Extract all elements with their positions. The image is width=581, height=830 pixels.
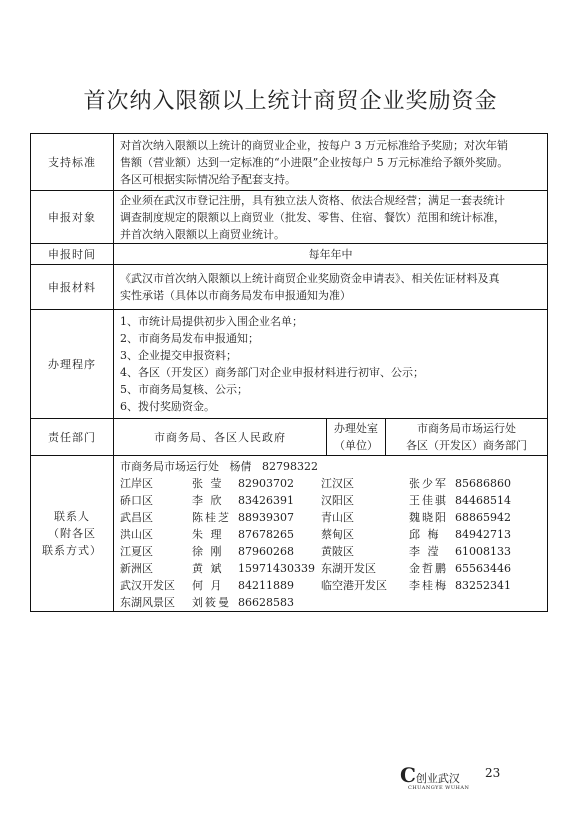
procedure-step: 3、企业提交申报资料； [120, 347, 541, 364]
district: 江岸区 [120, 475, 192, 492]
logo-text: 创业武汉 [416, 772, 460, 785]
contact-phone: 87678265 [238, 526, 321, 543]
department-subtable: 市商务局、各区人民政府 办理处室 （单位） 市商务局市场运行处 各区（开发区）商… [114, 419, 547, 455]
label-applicant: 申报对象 [31, 191, 114, 244]
contact-name: 李 滢 [409, 543, 455, 560]
logo-subtext: CHUANGYE WUHAN [408, 785, 469, 791]
contact-phone: 61008133 [455, 543, 517, 560]
logo-c-mark-icon: C [400, 763, 416, 787]
label-support-standard: 支持标准 [31, 134, 114, 191]
label-contacts: 联系人 （附各区 联系方式） [31, 456, 114, 612]
contact-name: 陈桂芝 [192, 509, 238, 526]
contact-phone: 15971430339 [238, 560, 321, 577]
district: 黄陂区 [321, 543, 409, 560]
contact-name [409, 594, 455, 611]
contact-phone: 86628583 [238, 594, 321, 611]
office-value-line: 市商务局市场运行处 [386, 420, 547, 437]
text-line: 各区可根据实际情况给予配套支持。 [120, 171, 541, 188]
procedure-step: 4、各区（开发区）商务部门对企业申报材料进行初审、公示； [120, 364, 541, 381]
label-line: 联系人 [37, 508, 107, 525]
value-applicant: 企业须在武汉市登记注册，具有独立法人资格、依法合规经营；满足一套表统计 调查制度… [114, 191, 548, 244]
text-line: 实性承诺（具体以市商务局发布申报通知为准） [120, 287, 541, 304]
contact-phone: 83426391 [238, 492, 321, 509]
contact-row: 武昌区 陈桂芝 88939307 青山区 魏晓阳 68865942 [120, 509, 517, 526]
contact-phone: 88939307 [238, 509, 321, 526]
district: 新洲区 [120, 560, 192, 577]
contact-phone: 85686860 [455, 475, 517, 492]
procedure-step: 2、市商务局发布申报通知； [120, 330, 541, 347]
value-procedure: 1、市统计局提供初步入围企业名单； 2、市商务局发布申报通知； 3、企业提交申报… [114, 310, 548, 419]
value-support-standard: 对首次纳入限额以上统计的商贸业企业，按每户 3 万元标准给予奖励；对次年销 售额… [114, 134, 548, 191]
contact-row: 武汉开发区 何 月 84211889 临空港开发区 李桂梅 83252341 [120, 577, 517, 594]
contact-name: 李桂梅 [409, 577, 455, 594]
row-materials: 申报材料 《武汉市首次纳入限额以上统计商贸企业奖励资金申请表》、相关佐证材料及真… [31, 265, 548, 310]
contact-name: 刘筱曼 [192, 594, 238, 611]
district: 临空港开发区 [321, 577, 409, 594]
contact-row: 新洲区 黄 斌 15971430339 东湖开发区 金哲鹏 65563446 [120, 560, 517, 577]
page-number: 23 [485, 766, 500, 780]
contact-phone: 83252341 [455, 577, 517, 594]
office-label-line: （单位） [327, 437, 385, 454]
contact-name: 金哲鹏 [409, 560, 455, 577]
district: 蔡甸区 [321, 526, 409, 543]
contact-phone: 65563446 [455, 560, 517, 577]
contact-phone [455, 594, 517, 611]
contact-name: 李 欣 [192, 492, 238, 509]
contact-row: 江夏区 徐 刚 87960268 黄陂区 李 滢 61008133 [120, 543, 517, 560]
text-line: 调查制度规定的限额以上商贸业（批发、零售、住宿、餐饮）范围和统计标准， [120, 209, 541, 226]
row-applicant: 申报对象 企业须在武汉市登记注册，具有独立法人资格、依法合规经营；满足一套表统计… [31, 191, 548, 244]
brand-logo: C创业武汉 CHUANGYE WUHAN [400, 763, 460, 787]
contact-phone: 84468514 [455, 492, 517, 509]
text-line: 企业须在武汉市登记注册，具有独立法人资格、依法合规经营；满足一套表统计 [120, 192, 541, 209]
office-value: 市商务局市场运行处 各区（开发区）商务部门 [386, 419, 548, 455]
contact-name: 杨倩 [230, 460, 252, 473]
label-department: 责任部门 [31, 419, 114, 456]
row-procedure: 办理程序 1、市统计局提供初步入围企业名单； 2、市商务局发布申报通知； 3、企… [31, 310, 548, 419]
district: 武汉开发区 [120, 577, 192, 594]
contact-phone: 82903702 [238, 475, 321, 492]
district: 武昌区 [120, 509, 192, 526]
district: 青山区 [321, 509, 409, 526]
row-department: 责任部门 市商务局、各区人民政府 办理处室 （单位） 市商务局市场运行处 各区（… [31, 419, 548, 456]
contact-phone: 68865942 [455, 509, 517, 526]
label-procedure: 办理程序 [31, 310, 114, 419]
text-line: 对首次纳入限额以上统计的商贸业企业，按每户 3 万元标准给予奖励；对次年销 [120, 137, 541, 154]
value-application-time: 每年年中 [114, 244, 548, 265]
district: 江汉区 [321, 475, 409, 492]
contacts-header: 市商务局市场运行处 杨倩 82798322 [120, 458, 541, 475]
department-value: 市商务局、各区人民政府 [114, 419, 327, 455]
contact-phone: 84211889 [238, 577, 321, 594]
district [321, 594, 409, 611]
value-materials: 《武汉市首次纳入限额以上统计商贸企业奖励资金申请表》、相关佐证材料及真 实性承诺… [114, 265, 548, 310]
contact-phone: 82798322 [262, 460, 318, 473]
contact-row: 江岸区 张 莹 82903702 江汉区 张少军 85686860 [120, 475, 517, 492]
contact-row: 硚口区 李 欣 83426391 汉阳区 王佳骐 84468514 [120, 492, 517, 509]
contact-name: 张少军 [409, 475, 455, 492]
contact-name: 王佳骐 [409, 492, 455, 509]
contact-phone: 87960268 [238, 543, 321, 560]
procedure-step: 5、市商务局复核、公示； [120, 381, 541, 398]
office-label: 办理处室 （单位） [327, 419, 386, 455]
contact-name: 何 月 [192, 577, 238, 594]
office-value-line: 各区（开发区）商务部门 [386, 437, 547, 454]
text-line: 售额（营业额）达到一定标准的“小进限”企业按每户 5 万元标准给予额外奖励。 [120, 154, 541, 171]
label-line: 联系方式） [37, 542, 107, 559]
contact-name: 张 莹 [192, 475, 238, 492]
row-support-standard: 支持标准 对首次纳入限额以上统计的商贸业企业，按每户 3 万元标准给予奖励；对次… [31, 134, 548, 191]
contact-name: 黄 斌 [192, 560, 238, 577]
district: 江夏区 [120, 543, 192, 560]
contact-name: 徐 刚 [192, 543, 238, 560]
policy-table: 支持标准 对首次纳入限额以上统计的商贸业企业，按每户 3 万元标准给予奖励；对次… [30, 133, 548, 612]
label-materials: 申报材料 [31, 265, 114, 310]
contacts-list: 江岸区 张 莹 82903702 江汉区 张少军 85686860 硚口区 李 … [120, 475, 517, 611]
label-line: （附各区 [37, 525, 107, 542]
value-contacts: 市商务局市场运行处 杨倩 82798322 江岸区 张 莹 82903702 江… [114, 456, 548, 612]
district: 东湖风景区 [120, 594, 192, 611]
office-label-line: 办理处室 [327, 420, 385, 437]
contact-row: 洪山区 朱 理 87678265 蔡甸区 邱 梅 84942713 [120, 526, 517, 543]
procedure-step: 1、市统计局提供初步入围企业名单； [120, 313, 541, 330]
label-application-time: 申报时间 [31, 244, 114, 265]
district: 东湖开发区 [321, 560, 409, 577]
text-line: 并首次纳入限额以上商贸业统计。 [120, 226, 541, 243]
contact-name: 朱 理 [192, 526, 238, 543]
district: 汉阳区 [321, 492, 409, 509]
contact-row: 东湖风景区 刘筱曼 86628583 [120, 594, 517, 611]
procedure-step: 6、拨付奖励资金。 [120, 398, 541, 415]
row-contacts: 联系人 （附各区 联系方式） 市商务局市场运行处 杨倩 82798322 江岸区… [31, 456, 548, 612]
page-title: 首次纳入限额以上统计商贸企业奖励资金 [0, 84, 581, 115]
contact-name: 魏晓阳 [409, 509, 455, 526]
district: 洪山区 [120, 526, 192, 543]
contact-name: 邱 梅 [409, 526, 455, 543]
district: 硚口区 [120, 492, 192, 509]
text-line: 《武汉市首次纳入限额以上统计商贸企业奖励资金申请表》、相关佐证材料及真 [120, 270, 541, 287]
row-application-time: 申报时间 每年年中 [31, 244, 548, 265]
contact-unit: 市商务局市场运行处 [120, 460, 219, 473]
contact-phone: 84942713 [455, 526, 517, 543]
value-department-cell: 市商务局、各区人民政府 办理处室 （单位） 市商务局市场运行处 各区（开发区）商… [114, 419, 548, 456]
